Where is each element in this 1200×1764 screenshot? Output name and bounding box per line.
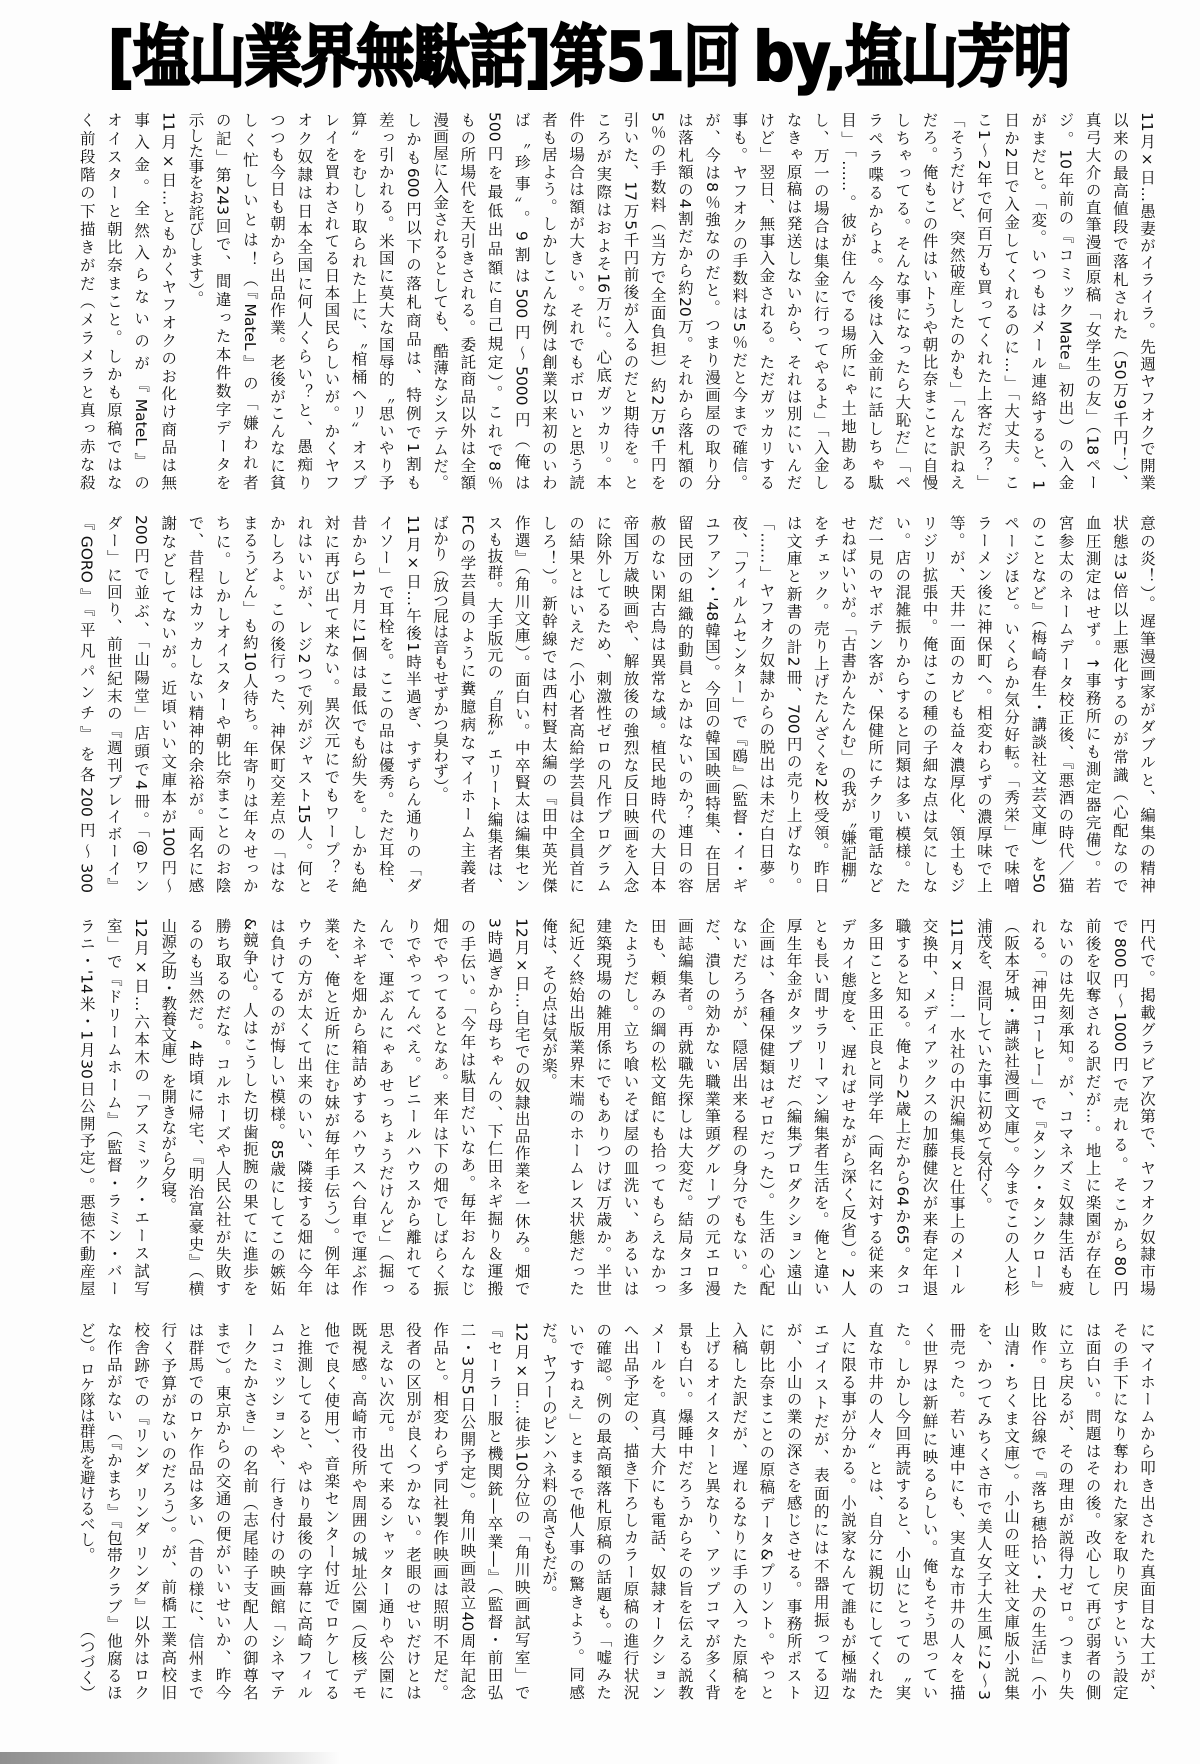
text-column: ば〝珍事〟。9割は500円～5000円（俺は bbox=[508, 112, 535, 490]
text-column: ムコミッションや、行き付けの映画館「シネマテ bbox=[263, 1322, 290, 1700]
text-column: 3時過ぎから母ちゃんの、下仁田ネギ掘り＆運搬 bbox=[480, 918, 507, 1296]
text-column: 200円で並ぶ、「山陽堂」店頭で4冊。「@ワン bbox=[127, 515, 154, 893]
text-column: 畑でやってるとなあ。来年は下の畑でしばらく振 bbox=[426, 918, 453, 1296]
text-column: ジ。10年前の『コミックMate』初出）の入金 bbox=[1051, 112, 1078, 490]
text-column: 漫画屋に入金されるとしても、酷薄なシステムだ。 bbox=[426, 112, 453, 490]
text-column: の手伝い。「今年は駄目だいなあ。毎年おんなじ bbox=[453, 918, 480, 1296]
text-column: 11月×日…ともかくヤフオクのお化け商品は無 bbox=[154, 112, 181, 490]
text-column: 件の場合は額が大きい。それでもボロいと思う読 bbox=[562, 112, 589, 490]
text-column: は負けてるのが悔しい模様。85歳にしてこの嫉妬 bbox=[263, 918, 290, 1296]
text-column: こ1～2年で何百万も買ってくれた上客だろ？」 bbox=[970, 112, 997, 490]
text-column: は落札額の4割だから約20万。それから落札額の bbox=[671, 112, 698, 490]
text-column: 既視感。高崎市役所や周囲の城址公園（反核デモ bbox=[344, 1322, 371, 1700]
text-column: 日か2日で入金してくれるのに…」「大丈夫。こ bbox=[997, 112, 1024, 490]
text-column: 勝ち取るのだな。コルホーズや人民公社が失敗す bbox=[208, 918, 235, 1296]
text-column: 昔から1カ月に1個は最低でも紛失を。しかも絶 bbox=[344, 515, 371, 893]
text-column: ないだろうが、隠居出来る程の身分でもない。た bbox=[725, 918, 752, 1296]
text-column: んで、運ぶんにゃあせっちょうだけんど」（掘っ bbox=[372, 918, 399, 1296]
text-column: 二・3月5日公開予定）。角川映画設立40周年記念 bbox=[453, 1322, 480, 1700]
text-column: がまだと。「変。いつもはメール連絡すると、1 bbox=[1024, 112, 1051, 490]
text-column: ラーメン後に神保町へ。相変わらずの濃厚味で上 bbox=[970, 515, 997, 893]
text-column: ころが実際はおよそ16万に。心底ガッカリ。本 bbox=[589, 112, 616, 490]
text-column: しく忙しいとは！（『MateL』の「嫌われ者 bbox=[236, 112, 263, 490]
text-column: ばかり（放つ屁は音もせずかつ臭わず）。 bbox=[426, 515, 453, 893]
text-column: 目」「……。彼が住んでる場所にゃ土地勘ある bbox=[834, 112, 861, 490]
text-column: いですねえ」とまるで他人事の驚きよう。同感 bbox=[562, 1322, 589, 1700]
text-column: に朝比奈まことの原稿データ&プリント。やっと bbox=[752, 1322, 779, 1700]
text-column: 留民団の組織的動員とかはないのか？連日の容 bbox=[671, 515, 698, 893]
scan-edge-shadow bbox=[0, 1752, 340, 1764]
text-column: 12月×日…徒歩10分位の「角川映画試写室」で bbox=[508, 1322, 535, 1700]
text-column: 『GORO』『平凡パンチ』を各200円～300 bbox=[73, 515, 100, 893]
text-column: へ出品予定の、描き下ろしカラー原稿の進行状況 bbox=[616, 1322, 643, 1700]
text-column: 11月×日…一水社の中沢編集長と仕事上のメール bbox=[943, 918, 970, 1296]
text-column: たようだし。立ち喰いそば屋の皿洗い、あるいは bbox=[616, 918, 643, 1296]
text-column: 行く予算がないのだろう）。が、前橋工業高校旧 bbox=[154, 1322, 181, 1700]
text-column: 者も居よう。しかしこんな例は創業以来初のいわ bbox=[535, 112, 562, 490]
text-column: をチェック。売り上げたんざくを2枚受領。昨日 bbox=[807, 515, 834, 893]
text-column: は群馬でのロケ作品は多い（昔の様に、信州まで bbox=[181, 1322, 208, 1700]
text-column: 帝国万歳映画や、解放後の強烈な反日映画を入念 bbox=[616, 515, 643, 893]
text-column: に除外してるため、刺激性ゼロの凡作プログラム bbox=[589, 515, 616, 893]
text-column: れはいいが、レジ2つで列がジャスト15人。何と bbox=[290, 515, 317, 893]
text-line: ど）。ロケ隊は群馬を避けるべし。 bbox=[78, 1322, 96, 1562]
text-column: 山清・ちくま文庫）。小山の旺文社文庫版小説集 bbox=[997, 1322, 1024, 1700]
text-column: を、かつてみちくさ市で美人女子大生風に2～3 bbox=[970, 1322, 997, 1700]
byline: by,塩山芳明 bbox=[753, 19, 1069, 97]
text-column: 12月×日…自宅での奴隷出品作業を一休み。畑で bbox=[508, 918, 535, 1296]
text-column: 引いた、17万5千円前後が入るのだと期待を。と bbox=[616, 112, 643, 490]
text-column: 以来の最高値段で落札された（50万9千円！）、 bbox=[1106, 112, 1133, 490]
text-column: たネギを畑から箱詰めするハウスへ台車で運ぶ作 bbox=[344, 918, 371, 1296]
text-column: せねばいいが。「古書かんたんむ」の我が〝嫌記棚〟 bbox=[834, 515, 861, 893]
text-column: が、小山の業の深さを感じさせる。事務所ポスト bbox=[779, 1322, 806, 1700]
text-column: 直な市井の人々〟とは、自分に親切にしてくれた bbox=[861, 1322, 888, 1700]
text-column: &競争心。人はこうした切歯扼腕の果てに進歩を bbox=[236, 918, 263, 1296]
text-column: ど）。ロケ隊は群馬を避けるべし。（つづく） bbox=[73, 1322, 100, 1700]
text-tier-2: 意の炎！）。遅筆漫画家がダブルと、編集の精神 状態は3倍以上悪化するのが常識（心… bbox=[72, 515, 1160, 893]
text-column: 浦茂を、混同していた事に初めて気付く。 bbox=[970, 918, 997, 1296]
text-column: 血圧測定はせず。↑事務所にも測定器完備）。若 bbox=[1078, 515, 1105, 893]
text-column: 夜、「フィルムセンター」で『鴎』（監督・イ・ギ bbox=[725, 515, 752, 893]
text-column: イソー」で耳栓を。ここの品は優秀。ただ耳栓、 bbox=[372, 515, 399, 893]
text-column: 他で良く使用）、音楽センター付近でロケしてる bbox=[317, 1322, 344, 1700]
text-column: 11月×日…午後1時半過ぎ、すずらん通りの「ダ bbox=[399, 515, 426, 893]
text-column: し、万一の場合は集金に行ってやるよ」「入金し bbox=[807, 112, 834, 490]
text-column: は文庫と新書の計2冊、700円の売り上げなり。 bbox=[779, 515, 806, 893]
text-column: りでやってんべえ。ビニールハウスから離れてる bbox=[399, 918, 426, 1296]
text-tier-4: にマイホームから叩き出された真面目な大工が、 その手下になり奪われた家を取り戻す… bbox=[72, 1322, 1160, 1700]
text-column: 宮参太のネームデータ校正後、『悪酒の時代／猫 bbox=[1051, 515, 1078, 893]
text-column: の記」第243回で、間違った本件数字データを bbox=[208, 112, 235, 490]
text-column: 人に限る事が分かる。小説家なんて誰もが極端な bbox=[834, 1322, 861, 1700]
text-column: のことなど』（梅崎春生・講談社文芸文庫）を50 bbox=[1024, 515, 1051, 893]
text-column: 入稿した訳だが、遅れるなりに手の入った原稿を bbox=[725, 1322, 752, 1700]
text-column: で800円～1000円で売れる。そこから80円 bbox=[1106, 918, 1133, 1296]
text-column: 企画は、各種保健類はゼロだった）。生活の心配 bbox=[752, 918, 779, 1296]
text-column: ページほど。いくらか気分好転。「秀栄」で味噌 bbox=[997, 515, 1024, 893]
text-column: 交換中、メディアックスの加藤健次が来春定年退 bbox=[915, 918, 942, 1296]
text-column: かしろよ。この後行った、神保町交差点の「はな bbox=[263, 515, 290, 893]
text-column: 俺は、その点は気が楽。 bbox=[535, 918, 562, 1296]
text-column: 田も、頼みの綱の松文館にも拾ってもらえなかっ bbox=[643, 918, 670, 1296]
text-column: しちゃってる。そんな事になったら大恥だ」「ペ bbox=[888, 112, 915, 490]
text-column: が、今は8％強なのだと。つまり漫画屋の取り分 bbox=[698, 112, 725, 490]
text-column: スも抜群。大手版元の〝自称〟エリート編集者は、 bbox=[480, 515, 507, 893]
text-column: 意の炎！）。遅筆漫画家がダブルと、編集の精神 bbox=[1133, 515, 1160, 893]
text-column: 紀近く終始出版業界末端のホームレス状態だった bbox=[562, 918, 589, 1296]
text-column: 役者の区別が良くつかない。老眼のせいだけとは bbox=[399, 1322, 426, 1700]
text-column: けど」翌日、無事入金される。ただガッカリする bbox=[752, 112, 779, 490]
text-column: もの所場代を天引きされる。委託商品以外は全額 bbox=[453, 112, 480, 490]
text-column: 山源之助・教養文庫）を開きながら夕寝。 bbox=[154, 918, 181, 1296]
text-column: （阪本牙城・講談社漫画文庫）。今までこの人と杉 bbox=[997, 918, 1024, 1296]
text-column: 事も。ヤフオクの手数料は5％だと今まで確信。 bbox=[725, 112, 752, 490]
text-column: 「……」ヤフオク奴隷からの脱出は未だ白日夢。 bbox=[752, 515, 779, 893]
text-column: 敗作。日比谷線で『落ち穂拾い・犬の生活』（小 bbox=[1024, 1322, 1051, 1700]
text-column: に立ち戻るが、その理由が説得力ゼロ。つまり失 bbox=[1051, 1322, 1078, 1700]
text-tier-1: 11月×日…愚妻がイライラ。先週ヤフオクで開業 以来の最高値段で落札された（50… bbox=[72, 112, 1160, 490]
text-column: 建築現場の雑用係にでもありつけば万歳か。半世 bbox=[589, 918, 616, 1296]
text-column: 算〟をむしり取られた上に、〝棺桶ヘリ〟オスプ bbox=[344, 112, 371, 490]
text-column: レイを買わされてる日本国民らしいが。かくヤフ bbox=[317, 112, 344, 490]
text-column: リジリ拡張中。俺はこの種の子細な点は気にしな bbox=[915, 515, 942, 893]
text-column: 室」で『ドリームホーム』（監督・ラミン・バー bbox=[100, 918, 127, 1296]
text-column: だ、潰しの効かない職業筆頭グループの元エロ漫 bbox=[698, 918, 725, 1296]
text-column: で、昔程はカッカしない精神的余裕が。両名に感 bbox=[181, 515, 208, 893]
text-column: の確認。例の最高額落札原稿の話題も。「嘘みた bbox=[589, 1322, 616, 1700]
text-column: 作選』（角川文庫）。面白い。中卒賢太は編集セン bbox=[508, 515, 535, 893]
text-column: 職すると知る。俺より2歳上だから64か65。タコ bbox=[888, 918, 915, 1296]
text-column: い。店の混雑振りからすると同類は多い模様。た bbox=[888, 515, 915, 893]
text-column: 思えない次元。出て来るシャッター通りや公園に bbox=[372, 1322, 399, 1700]
text-column: 校舎跡での『リンダ リンダ リンダ』以外はロク bbox=[127, 1322, 154, 1700]
text-column: オク奴隷は日本全国に何人くらい？と、愚痴り bbox=[290, 112, 317, 490]
text-column: つつも今日も朝から出品作業。老後がこんなに貧 bbox=[263, 112, 290, 490]
text-column: な作品がない（『かまち』『包帯クラブ』他腐るほ bbox=[100, 1322, 127, 1700]
text-column: デカイ態度を、遅ればせながら深く反省）。2人 bbox=[834, 918, 861, 1296]
text-column: 事入金。全然入らないのが『MateL』の bbox=[127, 112, 154, 490]
text-column: 赦のない閑古鳥は異常な域。植民地時代の大日本 bbox=[643, 515, 670, 893]
text-column: だろ。俺もこの件はいトうや朝比奈まことに自慢 bbox=[915, 112, 942, 490]
text-column: にマイホームから叩き出された真面目な大工が、 bbox=[1133, 1322, 1160, 1700]
text-column: まるうどん」も約10人待ち。年寄りは年々せっか bbox=[236, 515, 263, 893]
text-column: 11月×日…愚妻がイライラ。先週ヤフオクで開業 bbox=[1133, 112, 1160, 490]
text-column: メールを。真弓大介にも電話、奴隷オークション bbox=[643, 1322, 670, 1700]
text-column: オイスターと朝比奈まこと。しかも原稿ではな bbox=[100, 112, 127, 490]
text-column: 厚生年金がタップリだ（編集プロダクション遠山 bbox=[779, 918, 806, 1296]
text-column: は面白い。問題はその後。改心して再び弱者の側 bbox=[1078, 1322, 1105, 1700]
text-column: 作品と。相変わらず同社製作映画は照明不足だ。 bbox=[426, 1322, 453, 1700]
text-tier-3: 円代で。掲載グラビア次第で、ヤフオク奴隷市場 で800円～1000円で売れる。そ… bbox=[72, 918, 1160, 1296]
text-column: 真弓大介の直筆漫画原稿「女学生の友」（18ペー bbox=[1078, 112, 1105, 490]
text-column: く前段階の下描きがだ（メラメラと真っ赤な殺 bbox=[73, 112, 100, 490]
text-column: FCの学芸員のように糞臆病なマイホーム主義者 bbox=[453, 515, 480, 893]
text-column: 業を、俺と近所に住む妹が毎年手伝う）。例年は bbox=[317, 918, 344, 1296]
text-column: しかも600円以下の落札商品は、特例で1割も bbox=[399, 112, 426, 490]
text-column: 状態は3倍以上悪化するのが常識（心配なので bbox=[1106, 515, 1133, 893]
text-column: 『セーラー服と機関銃―卒業―』（監督・前田弘 bbox=[480, 1322, 507, 1700]
text-column: く世界は新鮮に映るらしい。俺もそう思ってい bbox=[915, 1322, 942, 1700]
text-column: 等。が、天井一面のカビも益々濃厚化、領土もジ bbox=[943, 515, 970, 893]
series-name: [塩山業界無駄話] bbox=[108, 19, 550, 97]
episode-number: 第51回 bbox=[550, 19, 739, 97]
text-column: 円代で。掲載グラビア次第で、ヤフオク奴隷市場 bbox=[1133, 918, 1160, 1296]
text-column: だ。ヤフーのピンハネ料の高さもだが。 bbox=[535, 1322, 562, 1700]
text-column: エゴイストだが、表面的には不器用振ってる辺 bbox=[807, 1322, 834, 1700]
text-column: れる。「神田コーヒー」で『タンク・タンクロー』 bbox=[1024, 918, 1051, 1296]
text-column: 前後を収奪される訳だが…。地上に楽園が存在し bbox=[1078, 918, 1105, 1296]
text-column: まで）。東京からの交通の便がいいせいか、昨今 bbox=[208, 1322, 235, 1700]
text-column: 差っ引かれる。米国に莫大な国辱的〝思いやり予 bbox=[372, 112, 399, 490]
page-title: [塩山業界無駄話]第51回by,塩山芳明 bbox=[108, 20, 1070, 96]
text-column: 画誌編集者。再就職先探しは大変だ。結局タコ多 bbox=[671, 918, 698, 1296]
text-column: 景も白い。爆睡中だろうからその旨を伝える説教 bbox=[671, 1322, 698, 1700]
text-column: ダー」に回り、前世紀末の『週刊プレイボーイ』 bbox=[100, 515, 127, 893]
text-column: ラニ・'14米・1月30日公開予定）。悪徳不動産屋 bbox=[73, 918, 100, 1296]
text-column: 5％の手数料（当方で全面負担）約2万5千円を bbox=[643, 112, 670, 490]
text-column: しろ！）。新幹線では西村賢太編の『田中英光傑 bbox=[535, 515, 562, 893]
text-column: と推測してると、やはり最後の字幕に高崎フィル bbox=[290, 1322, 317, 1700]
text-column: その手下になり奪われた家を取り戻すという設定 bbox=[1106, 1322, 1133, 1700]
text-column: ウチの方が太くて出来のいい、隣接する畑に今年 bbox=[290, 918, 317, 1296]
text-column: 「そうだけど、突然破産したのかも」「んな訳ねえ bbox=[943, 112, 970, 490]
text-column: 対に再び出て来ない。異次元にでもワープ？そ bbox=[317, 515, 344, 893]
text-column: の結果とはいえだ（小心者高給学芸員は全員首に bbox=[562, 515, 589, 893]
text-column: だ一見のヤボテン客が、保健所にチクリ電話など bbox=[861, 515, 888, 893]
text-column: 多田こと多田正良と同学年（両名に対する従来の bbox=[861, 918, 888, 1296]
text-column: 謝などしてないが。近頃いい文庫本が100円～ bbox=[154, 515, 181, 893]
text-column: 示した事をお詫びします）。 bbox=[181, 112, 208, 490]
text-column: た。しかし今回再読すると、小山にとっての〝実 bbox=[888, 1322, 915, 1700]
text-column: 500円を最低出品額に自己規定）。これで8％ bbox=[480, 112, 507, 490]
text-column: ラペラ喋るからよ。今後は入金前に話しちゃ駄 bbox=[861, 112, 888, 490]
text-column: なきゃ原稿は発送しないから、それは別にいんだ bbox=[779, 112, 806, 490]
text-column: ないのは先刻承知。が、コマネズミ奴隷生活も疲 bbox=[1051, 918, 1078, 1296]
text-column: ークたかさき」の名前（志尾睦子支配人の御尊名 bbox=[236, 1322, 263, 1700]
text-column: 冊売った。若い連中にも、実直な市井の人々を描 bbox=[943, 1322, 970, 1700]
text-column: 12月×日…六本木の「アスミック・エース試写 bbox=[127, 918, 154, 1296]
text-column: ユファン・'48韓国）。今回の韓国映画特集、在日居 bbox=[698, 515, 725, 893]
text-column: とも長い間サラリーマン編集者生活を。俺と違い bbox=[807, 918, 834, 1296]
text-column: 上げるオイスターと異なり、アップコマが多く背 bbox=[698, 1322, 725, 1700]
text-column: るのも当然だ。4時頃に帰宅、『明治富豪史』（横 bbox=[181, 918, 208, 1296]
text-column: ちに。しかしオイスターや朝比奈まことのお陰 bbox=[208, 515, 235, 893]
continued-mark: （つづく） bbox=[73, 1623, 100, 1701]
